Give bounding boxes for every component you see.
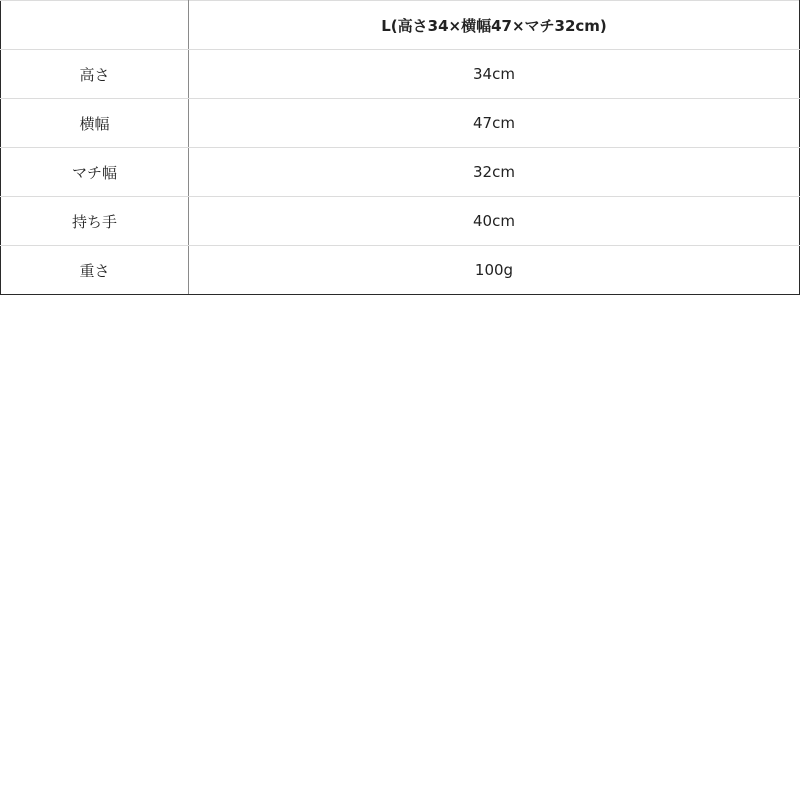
row-value-weight: 100g: [189, 246, 800, 295]
table-row: 持ち手 40cm: [1, 197, 800, 246]
row-value-width: 47cm: [189, 99, 800, 148]
table-header-row: L(高さ34×横幅47×マチ32cm): [1, 1, 800, 50]
size-spec-table: L(高さ34×横幅47×マチ32cm) 高さ 34cm 横幅 47cm マチ幅 …: [0, 0, 800, 295]
table-row: 高さ 34cm: [1, 50, 800, 99]
table-row: マチ幅 32cm: [1, 148, 800, 197]
row-label-handle: 持ち手: [1, 197, 189, 246]
table-row: 横幅 47cm: [1, 99, 800, 148]
row-label-width: 横幅: [1, 99, 189, 148]
row-value-handle: 40cm: [189, 197, 800, 246]
table-row: 重さ 100g: [1, 246, 800, 295]
row-label-gusset: マチ幅: [1, 148, 189, 197]
row-value-gusset: 32cm: [189, 148, 800, 197]
row-value-height: 34cm: [189, 50, 800, 99]
row-label-weight: 重さ: [1, 246, 189, 295]
row-label-height: 高さ: [1, 50, 189, 99]
header-size-cell: L(高さ34×横幅47×マチ32cm): [189, 1, 800, 50]
header-corner-cell: [1, 1, 189, 50]
